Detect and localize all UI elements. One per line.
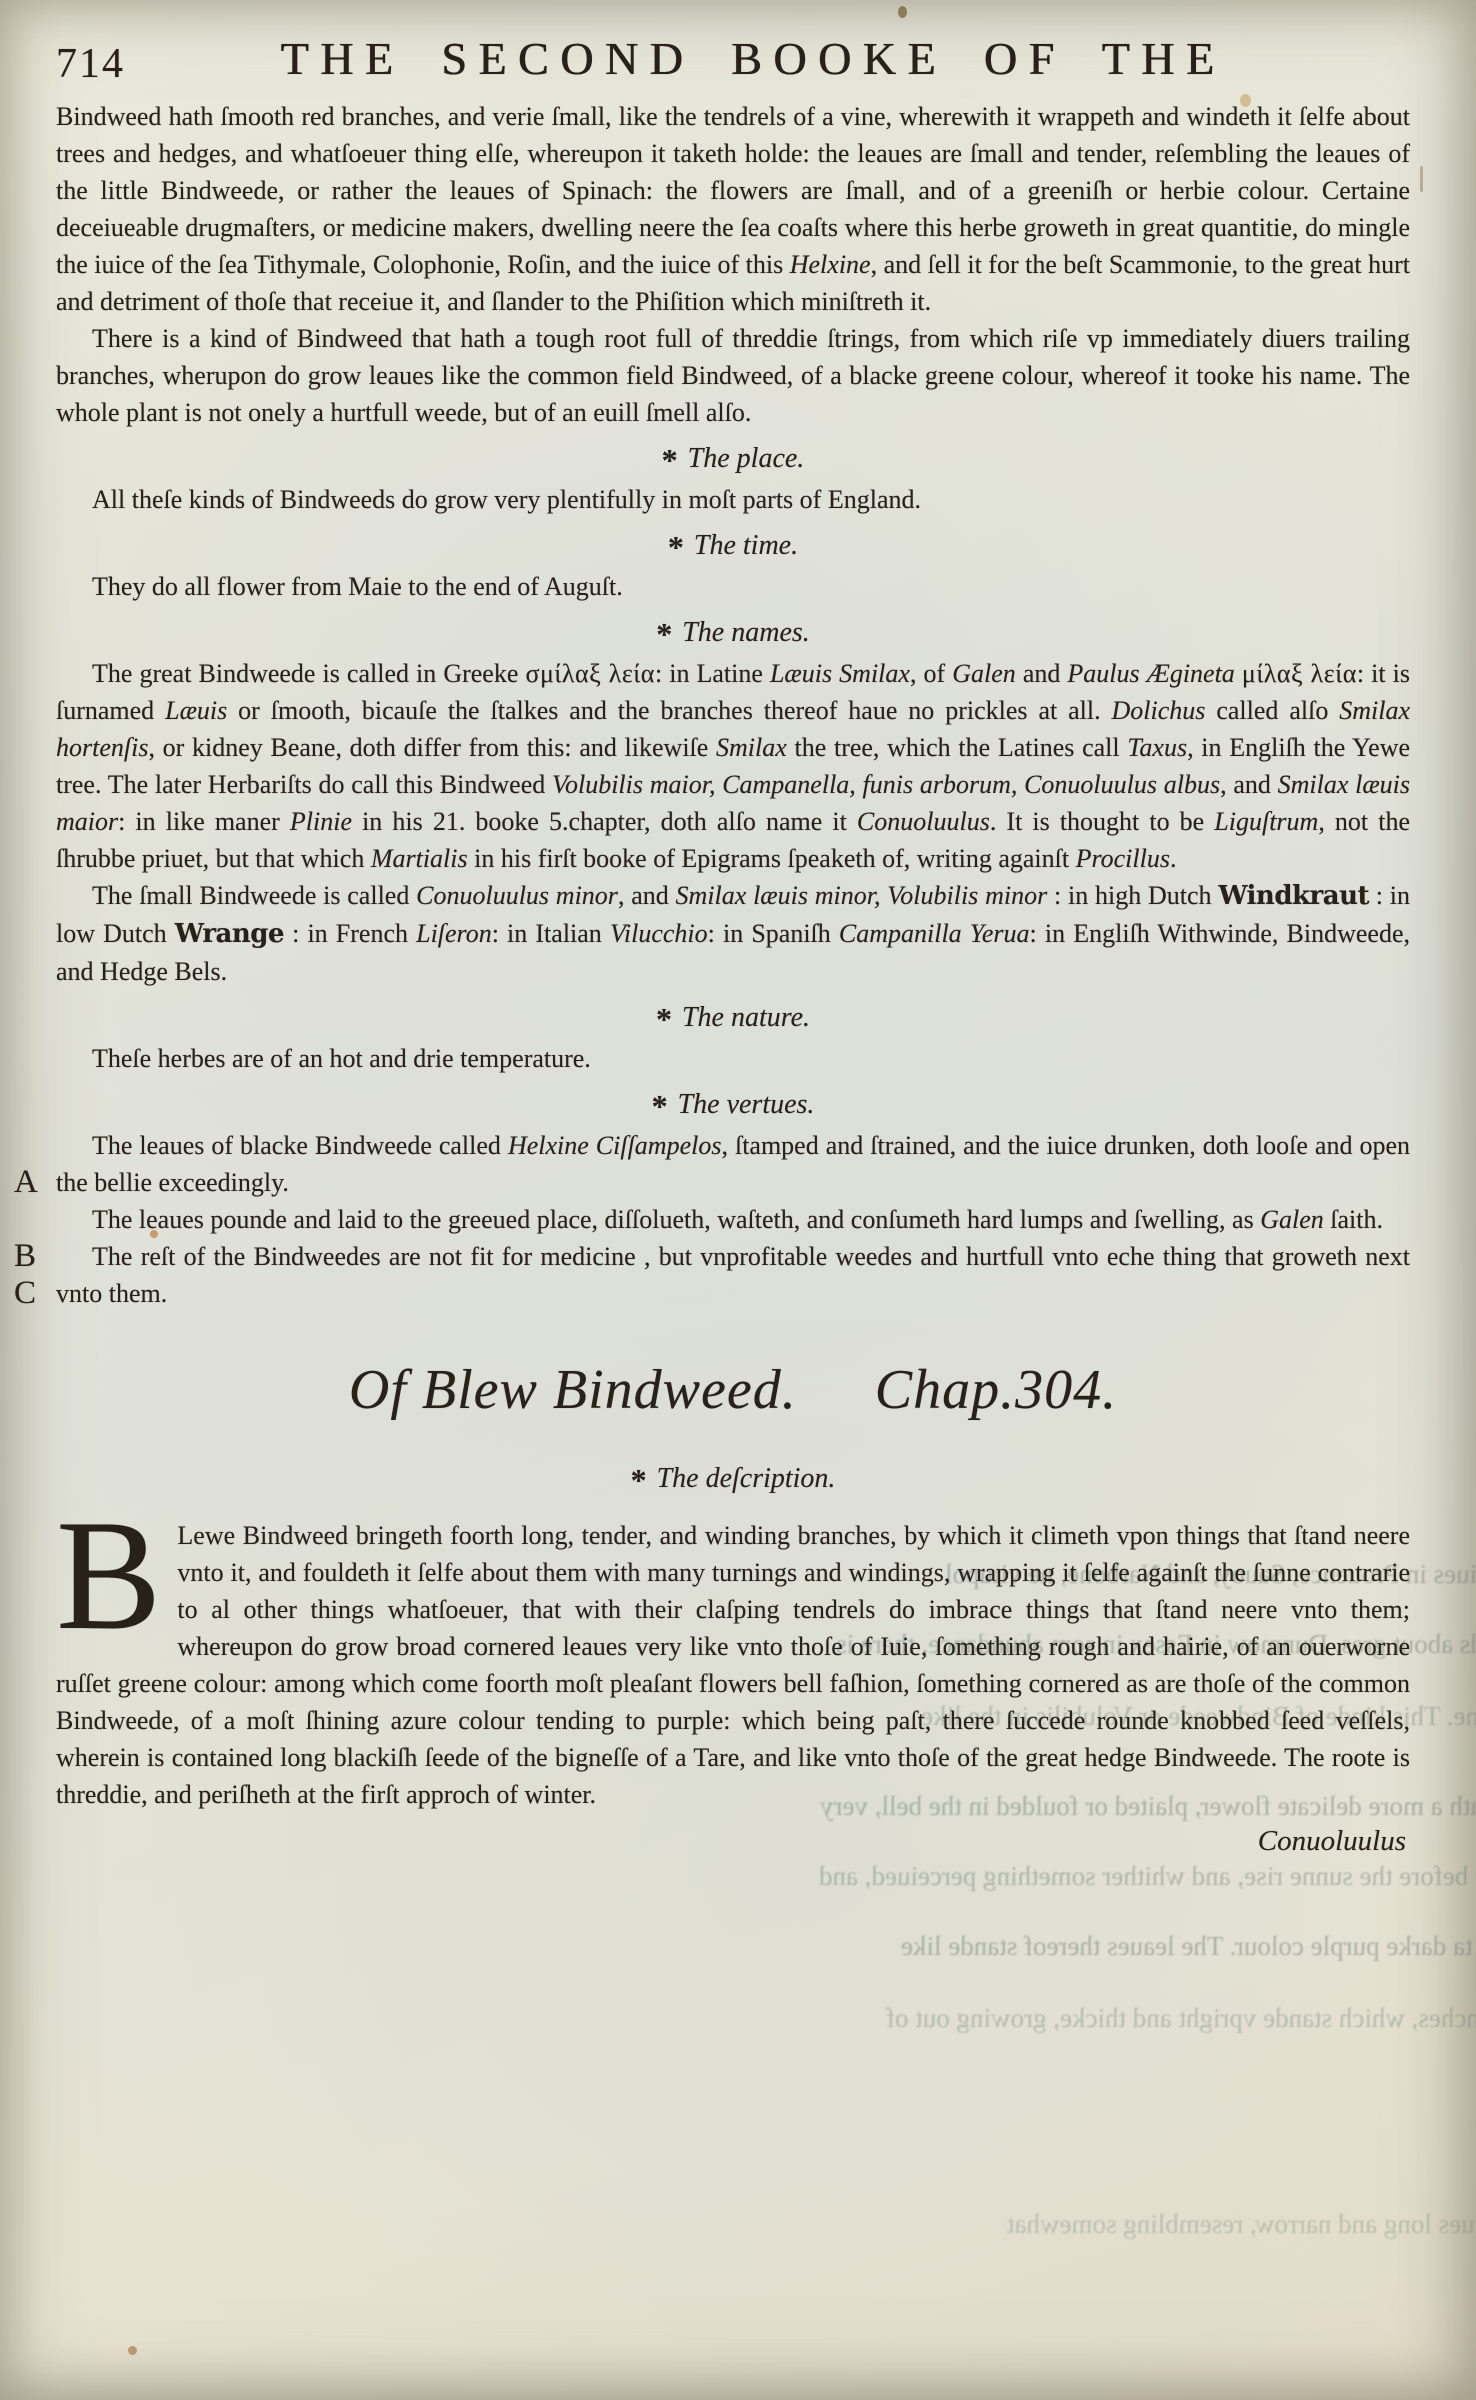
text-column: 714 THE SECOND BOOKE OF THE Bindweed hat…	[0, 0, 1476, 1860]
bleedthrough-line: or ta darke purple colour. The leaues th…	[901, 1928, 1476, 1965]
chapter-title: Of Blew Bindweed.	[349, 1359, 797, 1421]
vertue-a-text: The leaues of blacke Bindweede called He…	[56, 1131, 1410, 1197]
paragraph-time: They do all flower from Maie to the end …	[56, 568, 1410, 605]
paragraph-place: All theſe kinds of Bindweeds do grow ver…	[56, 481, 1410, 518]
section-heading-vertues: *The vertues.	[56, 1086, 1410, 1123]
section-mark-icon: *	[652, 1088, 668, 1124]
vertue-c-text: The reſt of the Bindweedes are not fit f…	[56, 1242, 1410, 1308]
section-heading-text: The deſcription.	[657, 1463, 836, 1494]
section-heading-description: *The deſcription.	[56, 1460, 1410, 1497]
bleedthrough-line: leaues long and narrow, resembling somew…	[1007, 2206, 1476, 2243]
chapter-heading: Of Blew Bindweed.Chap.304.	[56, 1358, 1410, 1422]
section-heading-text: The vertues.	[678, 1089, 815, 1120]
paper-speck	[128, 2346, 137, 2355]
paragraph-vertue-c: CThe reſt of the Bindweedes are not fit …	[56, 1238, 1410, 1312]
book-page-scan: Oliues in Prouence, Sauoy, and Narbone, …	[0, 0, 1476, 2400]
running-title: THE SECOND BOOKE OF THE	[56, 26, 1410, 77]
catchword: Conuoluulus	[56, 1823, 1410, 1860]
paragraph-black-bindweed: There is a kind of Bindweed that hath a …	[56, 320, 1410, 431]
page-header: 714 THE SECOND BOOKE OF THE	[56, 26, 1410, 98]
drop-cap: B	[56, 1517, 177, 1631]
section-heading-text: The names.	[682, 617, 810, 648]
section-mark-icon: *	[656, 1001, 672, 1037]
section-mark-icon: *	[631, 1462, 647, 1498]
paragraph-nature: Theſe herbes are of an hot and drie temp…	[56, 1040, 1410, 1077]
bleedthrough-line: branches, which stande vpright and thick…	[886, 2000, 1476, 2037]
section-heading-nature: *The nature.	[56, 999, 1410, 1036]
section-heading-names: *The names.	[56, 614, 1410, 651]
chapter-number: Chap.304.	[875, 1359, 1117, 1421]
section-heading-place: *The place.	[56, 440, 1410, 477]
margin-letter-a: A	[14, 1164, 38, 1201]
paragraph-bindweed-continuation: Bindweed hath ſmooth red branches, and v…	[56, 98, 1410, 320]
section-mark-icon: *	[662, 442, 678, 478]
section-mark-icon: *	[668, 529, 684, 565]
paragraph-vertue-a: AThe leaues of blacke Bindweede called H…	[56, 1127, 1410, 1201]
section-heading-time: *The time.	[56, 527, 1410, 564]
paragraph-names-small-bindweede: The ſmall Bindweede is called Conuoluulu…	[56, 877, 1410, 990]
margin-letter-b: B	[14, 1238, 36, 1275]
blew-bindweed-text: Lewe Bindweed bringeth foorth long, tend…	[56, 1521, 1410, 1809]
section-heading-text: The nature.	[682, 1002, 810, 1033]
bleedthrough-line: ally before the sunne rise, and whither …	[819, 1858, 1476, 1895]
paragraph-names-great-bindweede: The great Bindweede is called in Greeke …	[56, 655, 1410, 877]
paragraph-blew-bindweed-description: BLewe Bindweed bringeth foorth long, ten…	[56, 1517, 1410, 1813]
vertue-b-text: The leaues pounde and laid to the greeue…	[92, 1205, 1383, 1234]
margin-letter-c: C	[14, 1275, 36, 1312]
paragraph-vertue-b: BThe leaues pounde and laid to the greeu…	[56, 1201, 1410, 1238]
section-heading-text: The time.	[694, 530, 798, 561]
page-number: 714	[56, 46, 125, 83]
section-heading-text: The place.	[688, 443, 805, 474]
section-mark-icon: *	[656, 616, 672, 652]
